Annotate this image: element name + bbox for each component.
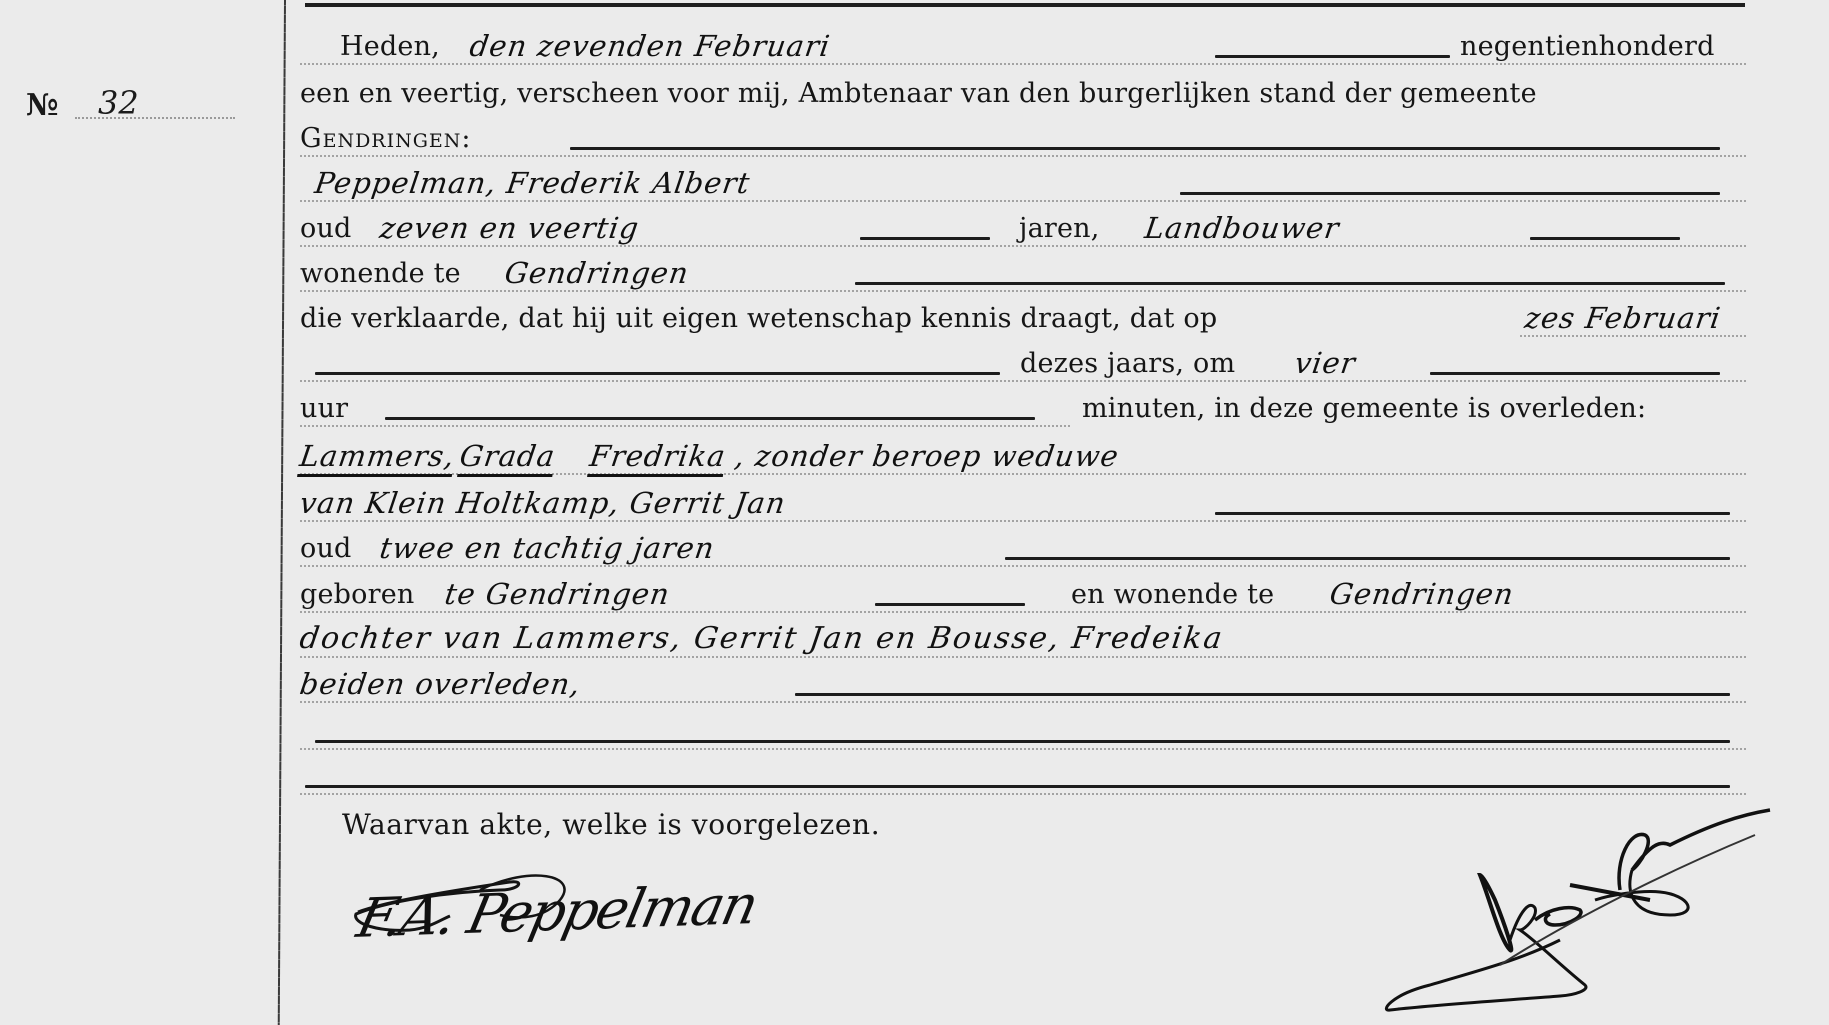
fill-dash xyxy=(1215,512,1730,515)
line-date: Heden, den zevenden Februari negentienho… xyxy=(300,25,1746,71)
fill-dash xyxy=(1180,192,1720,195)
printed-geboren: geboren xyxy=(300,579,414,610)
printed-oud: oud xyxy=(300,213,352,244)
line-municipality: Gendringen: xyxy=(300,117,1746,163)
hand-declarant-name: Peppelman, Frederik Albert xyxy=(313,166,753,200)
line-declarant-age: oud zeven en veertig jaren, Landbouwer xyxy=(300,207,1746,253)
hand-deceased-firstname: Grada xyxy=(458,439,558,473)
line-widow-of: van Klein Holtkamp, Gerrit Jan xyxy=(300,482,1746,528)
hand-deceased-middlename: Fredrika xyxy=(588,439,728,473)
printed-overleden: minuten, in deze gemeente is overleden: xyxy=(1082,393,1646,424)
margin-divider xyxy=(278,0,286,1025)
line-blank-1 xyxy=(300,710,1746,756)
fill-dash xyxy=(855,282,1725,285)
printed-gendringen: Gendringen: xyxy=(300,123,472,154)
fill-dash xyxy=(315,740,1730,743)
fill-dash xyxy=(1430,372,1720,375)
fill-dash xyxy=(860,237,990,240)
hand-date: den zevenden Februari xyxy=(468,29,833,63)
fill-dash xyxy=(385,417,1035,420)
printed-dezes-jaars: dezes jaars, om xyxy=(1020,348,1235,379)
printed-jaren: jaren, xyxy=(1019,213,1100,244)
line-declaration: die verklaarde, dat hij uit eigen wetens… xyxy=(300,297,1746,343)
printed-wonende-te: wonende te xyxy=(300,258,461,289)
hand-deceased-surname: Lammers, xyxy=(298,439,457,473)
printed-oud: oud xyxy=(300,533,352,564)
record-number-label: № xyxy=(26,88,59,123)
line-declarant-name: Peppelman, Frederik Albert xyxy=(300,162,1746,208)
line-parents-deceased: beiden overleden, xyxy=(300,663,1746,709)
hand-declarant-age: zeven en veertig xyxy=(378,211,642,245)
fill-dash xyxy=(315,372,1000,375)
line-deceased-age: oud twee en tachtig jaren xyxy=(300,527,1746,573)
top-rule xyxy=(305,3,1745,7)
line-minutes: uur minuten, in deze gemeente is overled… xyxy=(300,387,1746,433)
fill-dash xyxy=(1215,55,1450,58)
registrar-signature xyxy=(1370,790,1800,1020)
hand-death-date: zes Februari xyxy=(1523,301,1724,335)
hand-birthplace: te Gendringen xyxy=(443,577,673,611)
death-record-page: № 32 Heden, den zevenden Februari negent… xyxy=(0,0,1829,1025)
line-time-hour: dezes jaars, om vier xyxy=(300,342,1746,388)
fill-dash xyxy=(795,693,1730,696)
fill-dash xyxy=(570,147,1720,150)
closing-statement: Waarvan akte, welke is voorgelezen. xyxy=(342,808,880,841)
hand-deceased-age: twee en tachtig jaren xyxy=(378,531,717,565)
printed-die-verklaarde: die verklaarde, dat hij uit eigen wetens… xyxy=(300,303,1217,334)
line-birthplace: geboren te Gendringen en wonende te Gend… xyxy=(300,573,1746,619)
hand-parents-status: beiden overleden, xyxy=(298,667,583,701)
line-parents: dochter van Lammers, Gerrit Jan en Bouss… xyxy=(300,618,1746,664)
hand-deceased-residence: Gendringen xyxy=(1328,577,1517,611)
hand-late-spouse: van Klein Holtkamp, Gerrit Jan xyxy=(298,486,788,520)
printed-heden: Heden, xyxy=(340,31,440,62)
printed-en-wonende-te: en wonende te xyxy=(1071,579,1274,610)
printed-negentienhonderd: negentienhonderd xyxy=(1460,31,1715,62)
hand-deceased-occupation: , zonder beroep weduwe xyxy=(733,439,1122,473)
fill-dash xyxy=(305,785,1730,788)
hand-hour: vier xyxy=(1293,346,1358,380)
line-year-official: een en veertig, verscheen voor mij, Ambt… xyxy=(300,72,1746,118)
printed-verscheen: een en veertig, verscheen voor mij, Ambt… xyxy=(300,78,1537,109)
line-deceased-name: Lammers, Grada Fredrika , zonder beroep … xyxy=(300,435,1746,481)
line-declarant-residence: wonende te Gendringen xyxy=(300,252,1746,298)
record-number-dotted-line xyxy=(75,117,235,119)
fill-dash xyxy=(875,603,1025,606)
printed-uur: uur xyxy=(300,393,348,424)
hand-residence: Gendringen xyxy=(503,256,692,290)
fill-dash xyxy=(1530,237,1680,240)
hand-parents: dochter van Lammers, Gerrit Jan en Bouss… xyxy=(298,621,1226,656)
fill-dash xyxy=(1005,557,1730,560)
hand-occupation: Landbouwer xyxy=(1143,211,1342,245)
